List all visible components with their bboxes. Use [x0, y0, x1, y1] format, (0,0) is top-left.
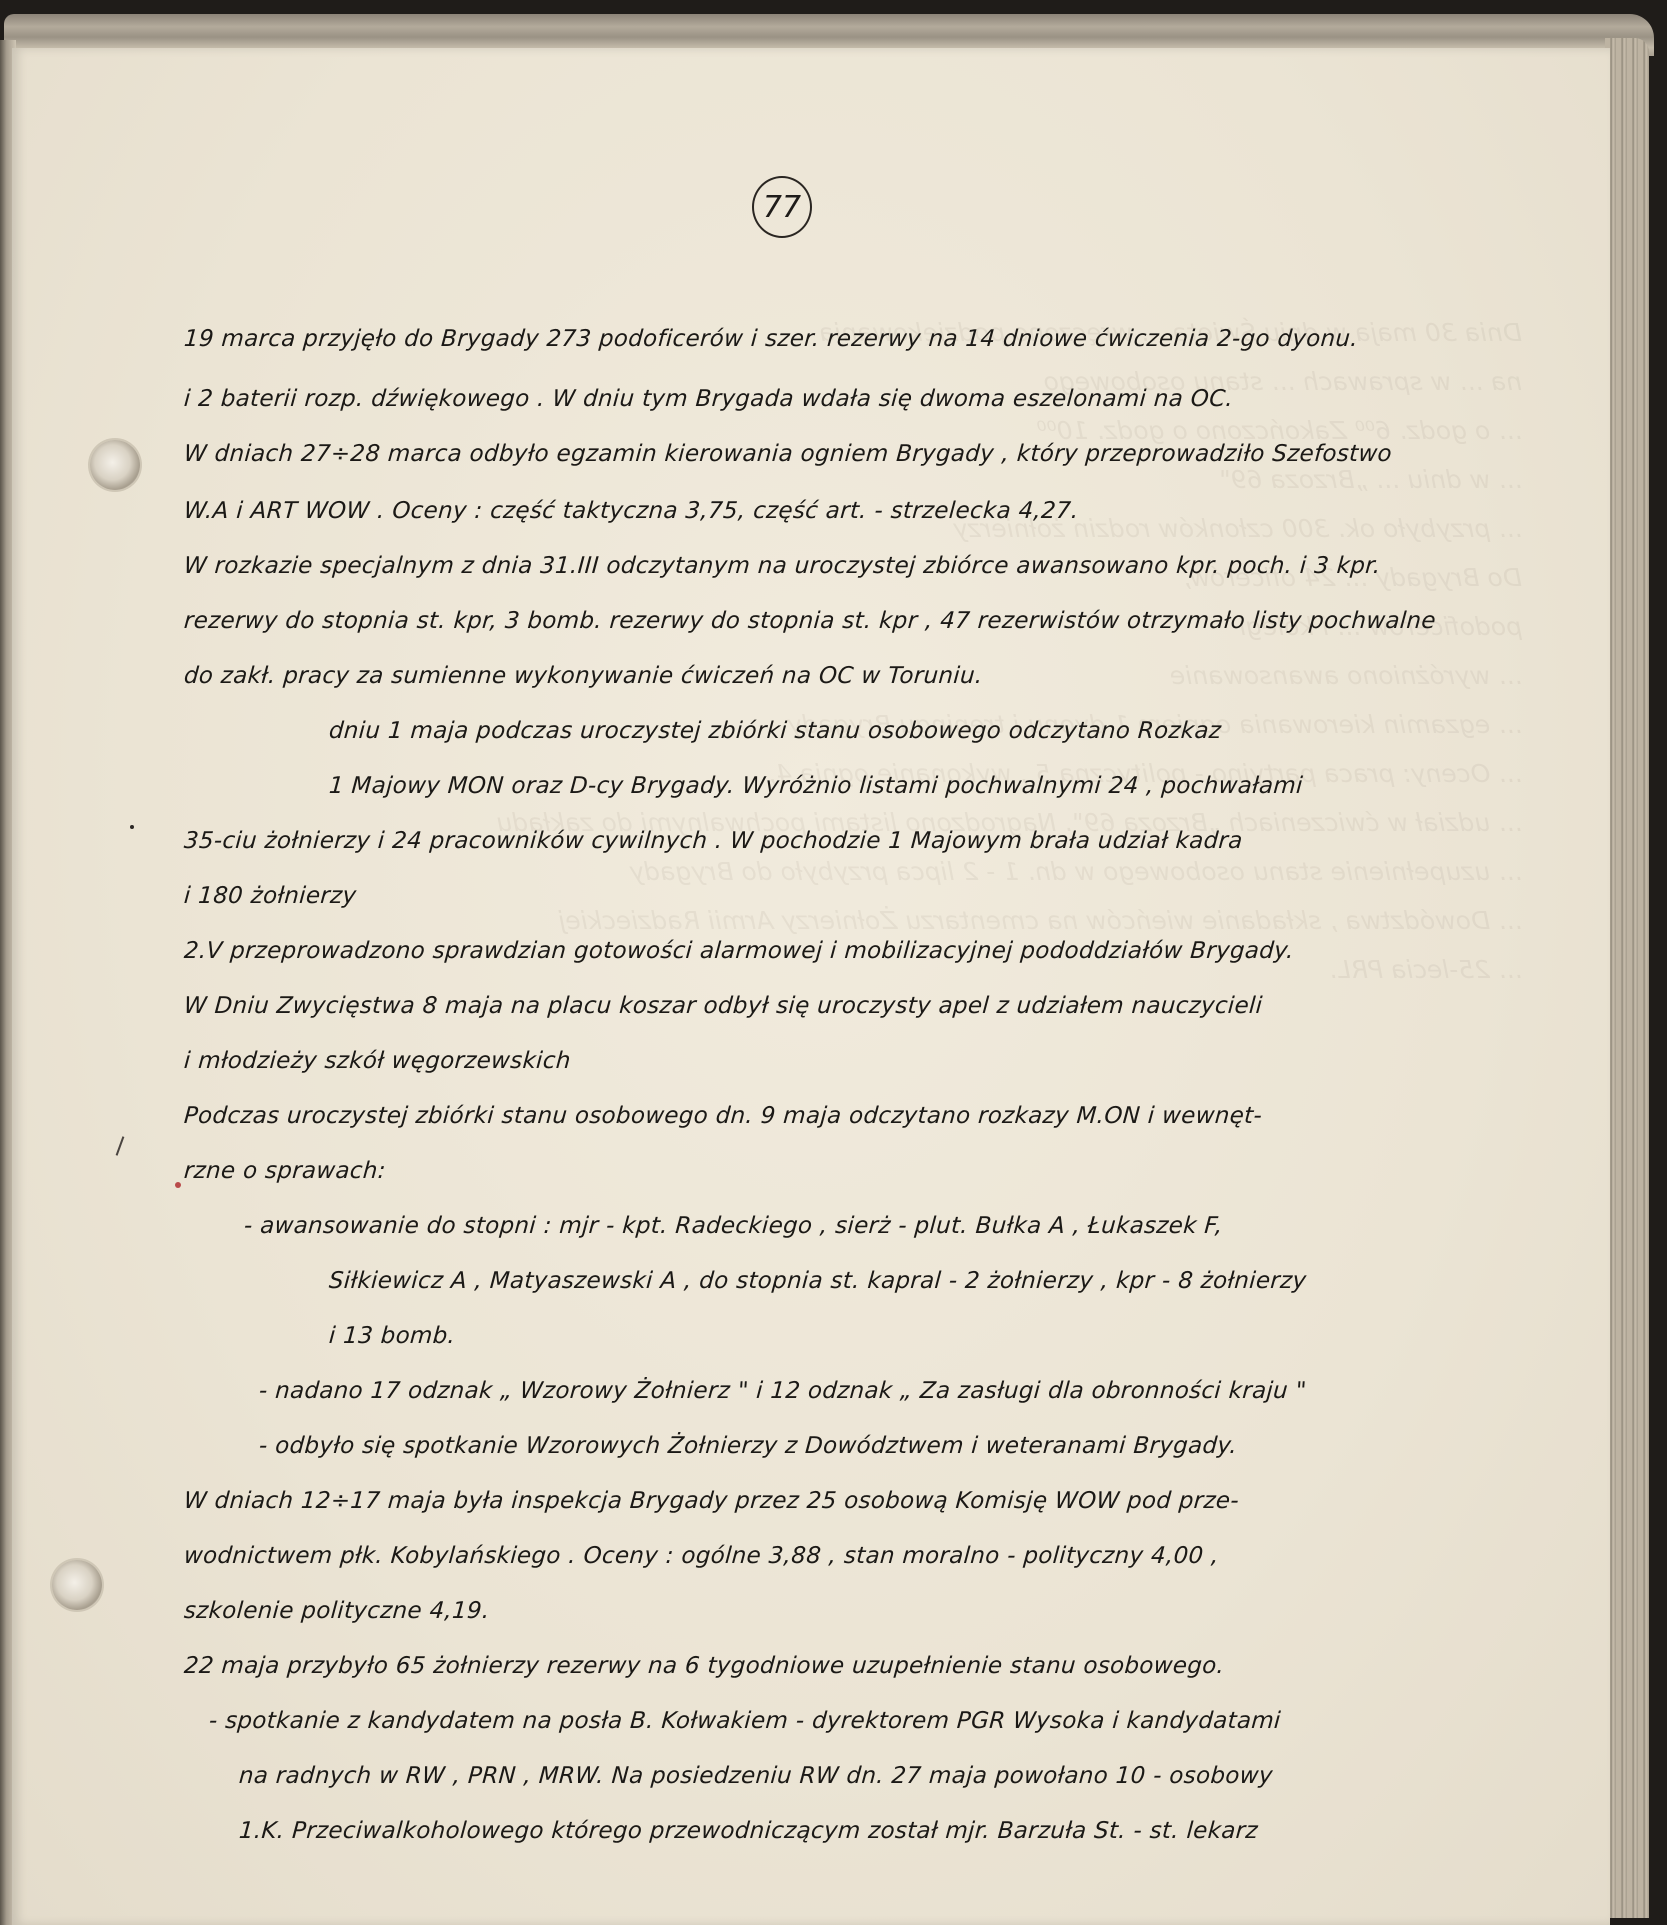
text-line: 22 maja przybyło 65 żołnierzy rezerwy na…: [183, 1653, 1225, 1679]
text-line: rzne o sprawach:: [183, 1158, 387, 1184]
text-line: W rozkazie specjalnym z dnia 31.III odcz…: [183, 553, 1381, 579]
text-line: dniu 1 maja podczas uroczystej zbiórki s…: [328, 718, 1222, 744]
text-line: rezerwy do stopnia st. kpr, 3 bomb. reze…: [183, 608, 1437, 634]
text-line: i 180 żołnierzy: [183, 883, 357, 909]
text-line: Siłkiewicz A , Matyaszewski A , do stopn…: [328, 1268, 1307, 1294]
text-line: 35-ciu żołnierzy i 24 pracowników cywiln…: [183, 828, 1243, 854]
text-line: szkolenie polityczne 4,19.: [183, 1598, 490, 1624]
margin-dot-mark: [130, 825, 134, 829]
text-line: 19 marca przyjęło do Brygady 273 podofic…: [183, 326, 1359, 352]
punch-hole-icon: [90, 440, 140, 490]
bleed-line: ... uzupełnienie stanu osobowego w dn. 1…: [222, 847, 1522, 896]
text-line: W dniach 12÷17 maja była inspekcja Bryga…: [183, 1488, 1240, 1514]
text-line: na radnych w RW , PRN , MRW. Na posiedze…: [238, 1763, 1274, 1789]
text-line: i 13 bomb.: [328, 1323, 456, 1349]
text-line: Podczas uroczystej zbiórki stanu osobowe…: [183, 1103, 1263, 1129]
document-page: 77 Dnia 30 maja w dniu Święta ... wręczo…: [12, 48, 1610, 1925]
book-right-edge: [1605, 38, 1649, 1918]
text-line: i młodzieży szkół węgorzewskich: [183, 1048, 572, 1074]
text-line: wodnictwem płk. Kobylańskiego . Oceny : …: [183, 1543, 1219, 1569]
margin-slash-mark: [116, 1136, 125, 1155]
text-line: i 2 baterii rozp. dźwiękowego . W dniu t…: [183, 386, 1234, 412]
text-line: do zakł. pracy za sumienne wykonywanie ć…: [183, 663, 983, 689]
margin-red-mark: [175, 1182, 181, 1188]
page-number-text: 77: [763, 190, 801, 225]
text-line: 2.V przeprowadzono sprawdzian gotowości …: [183, 938, 1295, 964]
page-number: 77: [752, 176, 812, 238]
text-line: 1 Majowy MON oraz D-cy Brygady. Wyróżnio…: [328, 773, 1304, 799]
text-line: W.A i ART WOW . Oceny : część taktyczna …: [183, 498, 1079, 524]
text-line: W Dniu Zwycięstwa 8 maja na placu koszar…: [183, 993, 1263, 1019]
text-line: W dniach 27÷28 marca odbyło egzamin kier…: [183, 441, 1393, 467]
text-line: - awansowanie do stopni : mjr - kpt. Rad…: [243, 1213, 1223, 1239]
text-line: - nadano 17 odznak „ Wzorowy Żołnierz " …: [258, 1378, 1307, 1404]
text-line: - spotkanie z kandydatem na posła B. Koł…: [208, 1708, 1282, 1734]
text-line: - odbyło się spotkanie Wzorowych Żołnier…: [258, 1433, 1238, 1459]
punch-hole-icon: [52, 1560, 102, 1610]
text-line: 1.K. Przeciwalkoholowego którego przewod…: [238, 1818, 1259, 1844]
